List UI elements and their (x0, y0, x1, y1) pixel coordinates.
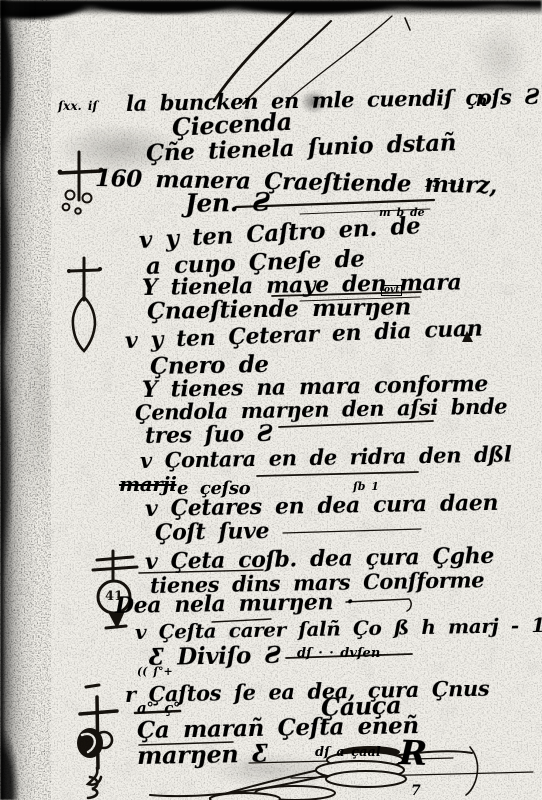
manuscript-line: v Çeſta carer ſalñ Ço ß h marj - 10 ſ (135, 614, 542, 642)
manuscript-line: Dea nela murŋen · (115, 591, 354, 617)
manuscript-line: h (476, 93, 487, 109)
manuscript-line: v Çetares en dea cura daen (145, 492, 498, 520)
manuscript-line: ſb 1 (353, 481, 379, 492)
manuscript-line: dſ a çaal (315, 746, 381, 759)
manuscript-line: v Çontara en de ridra den dßl (140, 444, 512, 471)
manuscript-line: marŋen Ƹ (137, 742, 268, 768)
flourish-letter: R (398, 736, 427, 771)
manuscript-line: (( ſ°+ (137, 666, 173, 677)
manuscript-line: a° ç° (137, 701, 180, 716)
scan-edge-top (0, 0, 542, 32)
manuscript-line: Jen. Ƨ (185, 190, 270, 216)
manuscript-line: tres ſuo Ƨ (145, 423, 273, 447)
manuscript-page: ſxx. iſ la buncken en mle cuendiſ çoſs Ƨ… (0, 0, 542, 800)
manuscript-line: 7 (411, 784, 420, 798)
manuscript-line: Ça marañ Çeſta eneñ (137, 714, 419, 742)
orb-numeral: 41 (105, 589, 123, 604)
manuscript-line: marji (119, 474, 177, 494)
scan-edge-left (0, 0, 40, 800)
manuscript-line: ſxx. iſ (58, 100, 98, 112)
margin-spearhead-mark (67, 258, 102, 351)
manuscript-line: Çoſt ſuve (155, 520, 269, 544)
manuscript-line: 15 +1 (424, 177, 465, 189)
manuscript-line: Çendola marŋen den aſsi bnde (135, 396, 508, 423)
manuscript-line: dſ · · dvſen (297, 647, 380, 660)
